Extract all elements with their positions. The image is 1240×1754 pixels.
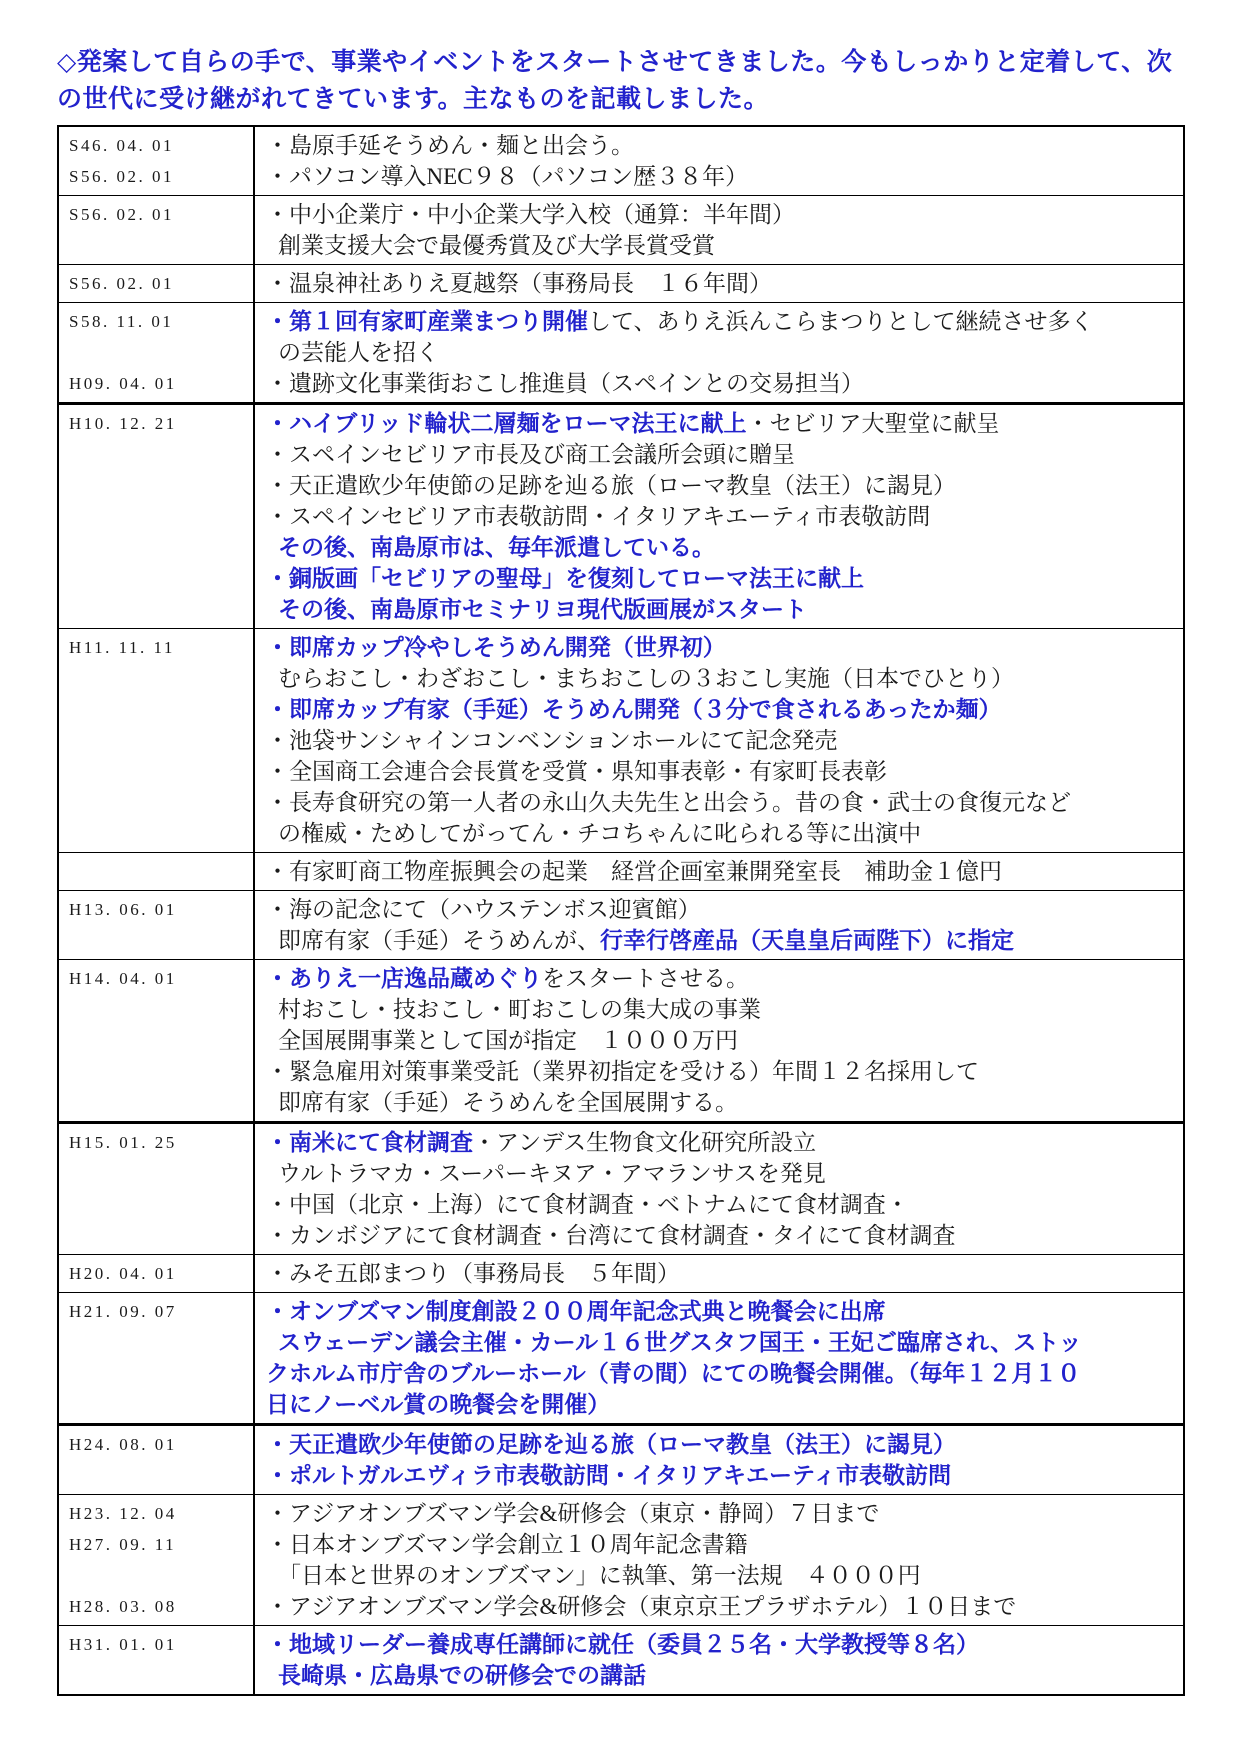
event-text-segment: ・池袋サンシャインコンベンションホールにて記念発売: [266, 728, 837, 753]
event-text-segment: 即席有家（手延）そうめんを全国展開する。: [278, 1090, 738, 1115]
date-label: [69, 337, 249, 368]
table-row: ・有家町商工物産振興会の起業 経営企画室兼開発室長 補助金１億円: [59, 852, 1183, 890]
event-line: ・温泉神社ありえ夏越祭（事務局長 １６年間）: [266, 268, 1177, 299]
event-line: ・銅版画「セビリアの聖母」を復刻してローマ法王に献上: [266, 563, 1177, 594]
event-text-segment: スウェーデン議会主催・カール１６世グスタフ国王・王妃ご臨席され、ストッ: [278, 1329, 1082, 1355]
date-label: H28. 03. 08: [69, 1591, 249, 1622]
event-line: の権威・ためしてがってん・チコちゃんに叱られる等に出演中: [266, 818, 1177, 849]
event-cell: ・アジアオンブズマン学会&研修会（東京・静岡）７日まで・日本オンブズマン学会創立…: [255, 1495, 1183, 1625]
document-page: ◇発案して自らの手で、事業やイベントをスタートさせてきました。今もしっかりと定着…: [0, 0, 1240, 1696]
date-cell: S58. 11. 01 H09. 04. 01: [59, 303, 255, 402]
event-line: ・海の記念にて（ハウステンボス迎賓館）: [266, 894, 1177, 925]
event-text-segment: ・セビリア大聖堂に献呈: [746, 411, 999, 436]
table-row: H21. 09. 07・オンブズマン制度創設２００周年記念式典と晩餐会に出席スウ…: [59, 1292, 1183, 1423]
event-text-segment: むらおこし・わざおこし・まちおこしの３おこし実施（日本でひとり）: [278, 666, 1014, 691]
date-cell: H21. 09. 07: [59, 1293, 255, 1423]
event-line: 即席有家（手延）そうめんを全国展開する。: [266, 1087, 1177, 1118]
date-cell: S46. 04. 01S56. 02. 01: [59, 127, 255, 195]
table-row: H11. 11. 11・即席カップ冷やしそうめん開発（世界初）むらおこし・わざお…: [59, 628, 1183, 852]
event-text-segment: ・ハイブリッド輪状二層麺をローマ法王に献上: [266, 410, 746, 436]
event-text-segment: ・長寿食研究の第一人者の永山久夫先生と出会う。昔の食・武士の食復元など: [266, 790, 1071, 815]
event-line: ・池袋サンシャインコンベンションホールにて記念発売: [266, 725, 1177, 756]
event-text-segment: ・アンデス生物食文化研究所設立: [473, 1130, 816, 1155]
date-cell: H11. 11. 11: [59, 629, 255, 852]
event-line: ・南米にて食材調査・アンデス生物食文化研究所設立: [266, 1127, 1177, 1158]
event-line: その後、南島原市は、毎年派遣している。: [266, 532, 1177, 563]
date-label: H27. 09. 11: [69, 1529, 249, 1560]
event-cell: ・海の記念にて（ハウステンボス迎賓館）即席有家（手延）そうめんが、行幸行啓産品（…: [255, 891, 1183, 959]
event-line: 日にノーベル賞の晩餐会を開催）: [266, 1389, 1177, 1420]
event-line: ・中小企業庁・中小企業大学入校（通算：半年間）: [266, 199, 1177, 230]
event-text-segment: ・島原手延そうめん・麺と出会う。: [266, 133, 634, 158]
event-text-segment: ・全国商工会連合会長賞を受賞・県知事表彰・有家町長表彰: [266, 759, 887, 784]
date-label: H15. 01. 25: [69, 1127, 249, 1158]
table-row: H24. 08. 01・天正遣欧少年使節の足跡を辿る旅（ローマ教皇（法王）に謁見…: [59, 1423, 1183, 1494]
event-line: 長崎県・広島県での研修会での講話: [266, 1660, 1177, 1691]
date-cell: S56. 02. 01: [59, 265, 255, 302]
event-line: ウルトラマカ・スーパーキヌア・アマランサスを発見: [266, 1158, 1177, 1189]
event-line: ・島原手延そうめん・麺と出会う。: [266, 130, 1177, 161]
date-cell: H23. 12. 04H27. 09. 11 H28. 03. 08: [59, 1495, 255, 1625]
event-cell: ・南米にて食材調査・アンデス生物食文化研究所設立ウルトラマカ・スーパーキヌア・ア…: [255, 1124, 1183, 1254]
event-cell: ・天正遣欧少年使節の足跡を辿る旅（ローマ教皇（法王）に謁見）・ポルトガルエヴィラ…: [255, 1426, 1183, 1494]
event-text-segment: ・スペインセビリア市表敬訪問・イタリアキエーティ市表敬訪問: [266, 504, 930, 529]
event-text-segment: 創業支援大会で最優秀賞及び大学長賞受賞: [278, 233, 715, 258]
event-line: ・中国（北京・上海）にて食材調査・ベトナムにて食材調査・: [266, 1189, 1177, 1220]
table-row: H13. 06. 01・海の記念にて（ハウステンボス迎賓館）即席有家（手延）そう…: [59, 890, 1183, 959]
date-label: H21. 09. 07: [69, 1296, 249, 1327]
event-line: ・遺跡文化事業街おこし推進員（スペインとの交易担当）: [266, 368, 1177, 399]
date-cell: H10. 12. 21: [59, 405, 255, 628]
table-row: S46. 04. 01S56. 02. 01・島原手延そうめん・麺と出会う。・パ…: [59, 127, 1183, 195]
event-cell: ・オンブズマン制度創設２００周年記念式典と晩餐会に出席スウェーデン議会主催・カー…: [255, 1293, 1183, 1423]
event-text-segment: ・即席カップ冷やしそうめん開発（世界初）: [266, 634, 726, 660]
event-cell: ・ハイブリッド輪状二層麺をローマ法王に献上・セビリア大聖堂に献呈・スペインセビリ…: [255, 405, 1183, 628]
event-cell: ・ありえ一店逸品蔵めぐりをスタートさせる。村おこし・技おこし・町おこしの集大成の…: [255, 960, 1183, 1121]
event-line: ・ありえ一店逸品蔵めぐりをスタートさせる。: [266, 963, 1177, 994]
table-row: H15. 01. 25・南米にて食材調査・アンデス生物食文化研究所設立ウルトラマ…: [59, 1121, 1183, 1254]
event-line: ・天正遣欧少年使節の足跡を辿る旅（ローマ教皇（法王）に謁見）: [266, 1429, 1177, 1460]
event-cell: ・島原手延そうめん・麺と出会う。・パソコン導入NEC９８（パソコン歴３８年）: [255, 127, 1183, 195]
date-label: S46. 04. 01: [69, 130, 249, 161]
event-text-segment: ・温泉神社ありえ夏越祭（事務局長 １６年間）: [266, 271, 772, 296]
event-text-segment: ・銅版画「セビリアの聖母」を復刻してローマ法王に献上: [266, 565, 864, 591]
timeline-table: S46. 04. 01S56. 02. 01・島原手延そうめん・麺と出会う。・パ…: [57, 125, 1185, 1696]
event-line: ・有家町商工物産振興会の起業 経営企画室兼開発室長 補助金１億円: [266, 856, 1177, 887]
event-text-segment: ・有家町商工物産振興会の起業 経営企画室兼開発室長 補助金１億円: [266, 859, 1002, 884]
event-cell: ・みそ五郎まつり（事務局長 ５年間）: [255, 1255, 1183, 1292]
event-line: 村おこし・技おこし・町おこしの集大成の事業: [266, 994, 1177, 1025]
date-cell: [59, 853, 255, 890]
event-text-segment: ・スペインセビリア市長及び商工会議所会頭に贈呈: [266, 442, 795, 467]
date-label: [69, 856, 249, 887]
intro-text: ◇発案して自らの手で、事業やイベントをスタートさせてきました。今もしっかりと定着…: [57, 44, 1185, 118]
event-text-segment: ・アジアオンブズマン学会&研修会（東京京王プラザホテル）１０日まで: [266, 1594, 1016, 1619]
event-line: 全国展開事業として国が指定 １０００万円: [266, 1025, 1177, 1056]
event-text-segment: ・南米にて食材調査: [266, 1129, 473, 1155]
event-line: 創業支援大会で最優秀賞及び大学長賞受賞: [266, 230, 1177, 261]
event-line: ・天正遣欧少年使節の足跡を辿る旅（ローマ教皇（法王）に謁見）: [266, 470, 1177, 501]
event-text-segment: クホルム市庁舎のブルーホール（青の間）にての晩餐会開催。（毎年１２月１０: [266, 1360, 1080, 1386]
event-text-segment: の芸能人を招く: [278, 340, 439, 365]
event-line: の芸能人を招く: [266, 337, 1177, 368]
event-text-segment: ウルトラマカ・スーパーキヌア・アマランサスを発見: [278, 1161, 826, 1186]
event-line: ・みそ五郎まつり（事務局長 ５年間）: [266, 1258, 1177, 1289]
date-cell: H15. 01. 25: [59, 1124, 255, 1254]
date-label: S56. 02. 01: [69, 199, 249, 230]
table-row: H14. 04. 01・ありえ一店逸品蔵めぐりをスタートさせる。村おこし・技おこ…: [59, 959, 1183, 1121]
event-text-segment: 行幸行啓産品（天皇皇后両陛下）に指定: [600, 927, 1014, 953]
date-cell: H13. 06. 01: [59, 891, 255, 959]
date-label: [69, 1560, 249, 1591]
date-label: H09. 04. 01: [69, 368, 249, 399]
event-text-segment: ・遺跡文化事業街おこし推進員（スペインとの交易担当）: [266, 371, 864, 396]
event-line: ・即席カップ有家（手延）そうめん開発（３分で食されるあったか麺）: [266, 694, 1177, 725]
event-line: スウェーデン議会主催・カール１６世グスタフ国王・王妃ご臨席され、ストッ: [266, 1327, 1177, 1358]
event-text-segment: ・地域リーダー養成専任講師に就任（委員２５名・大学教授等８名）: [266, 1631, 979, 1657]
event-cell: ・第１回有家町産業まつり開催して、ありえ浜んこらまつりとして継続させ多くの芸能人…: [255, 303, 1183, 402]
event-line: ・即席カップ冷やしそうめん開発（世界初）: [266, 632, 1177, 663]
event-cell: ・即席カップ冷やしそうめん開発（世界初）むらおこし・わざおこし・まちおこしの３お…: [255, 629, 1183, 852]
event-text-segment: して、ありえ浜んこらまつりとして継続させ多く: [588, 309, 1094, 334]
event-line: 「日本と世界のオンブズマン」に執筆、第一法規 ４０００円: [266, 1560, 1177, 1591]
event-text-segment: ・海の記念にて（ハウステンボス迎賓館）: [266, 897, 701, 922]
event-text-segment: 全国展開事業として国が指定 １０００万円: [278, 1028, 738, 1053]
event-line: ・アジアオンブズマン学会&研修会（東京・静岡）７日まで: [266, 1498, 1177, 1529]
event-line: その後、南島原市セミナリヨ現代版画展がスタート: [266, 594, 1177, 625]
event-line: ・カンボジアにて食材調査・台湾にて食材調査・タイにて食材調査: [266, 1220, 1177, 1251]
event-cell: ・温泉神社ありえ夏越祭（事務局長 １６年間）: [255, 265, 1183, 302]
event-text-segment: ・日本オンブズマン学会創立１０周年記念書籍: [266, 1532, 748, 1557]
event-text-segment: ・中小企業庁・中小企業大学入校（通算：半年間）: [266, 202, 795, 227]
event-line: ・緊急雇用対策事業受託（業界初指定を受ける）年間１２名採用して: [266, 1056, 1177, 1087]
event-text-segment: ・ありえ一店逸品蔵めぐり: [266, 965, 542, 991]
event-text-segment: 「日本と世界のオンブズマン」に執筆、第一法規 ４０００円: [278, 1563, 921, 1588]
event-text-segment: その後、南島原市は、毎年派遣している。: [278, 534, 715, 560]
event-line: ・長寿食研究の第一人者の永山久夫先生と出会う。昔の食・武士の食復元など: [266, 787, 1177, 818]
event-line: ・地域リーダー養成専任講師に就任（委員２５名・大学教授等８名）: [266, 1629, 1177, 1660]
event-text-segment: 村おこし・技おこし・町おこしの集大成の事業: [278, 997, 761, 1022]
date-label: S58. 11. 01: [69, 306, 249, 337]
event-line: ・パソコン導入NEC９８（パソコン歴３８年）: [266, 161, 1177, 192]
table-row: S56. 02. 01・中小企業庁・中小企業大学入校（通算：半年間）創業支援大会…: [59, 195, 1183, 264]
table-row: H10. 12. 21・ハイブリッド輪状二層麺をローマ法王に献上・セビリア大聖堂…: [59, 402, 1183, 628]
event-line: ・オンブズマン制度創設２００周年記念式典と晩餐会に出席: [266, 1296, 1177, 1327]
event-line: ・スペインセビリア市表敬訪問・イタリアキエーティ市表敬訪問: [266, 501, 1177, 532]
event-text-segment: ・オンブズマン制度創設２００周年記念式典と晩餐会に出席: [266, 1298, 886, 1324]
date-label: H20. 04. 01: [69, 1258, 249, 1289]
date-label: H24. 08. 01: [69, 1429, 249, 1460]
event-text-segment: ・緊急雇用対策事業受託（業界初指定を受ける）年間１２名採用して: [266, 1059, 979, 1084]
table-row: H20. 04. 01・みそ五郎まつり（事務局長 ５年間）: [59, 1254, 1183, 1292]
date-cell: H14. 04. 01: [59, 960, 255, 1121]
event-line: ・日本オンブズマン学会創立１０周年記念書籍: [266, 1529, 1177, 1560]
event-text-segment: ・即席カップ有家（手延）そうめん開発（３分で食されるあったか麺）: [266, 696, 1002, 722]
event-line: クホルム市庁舎のブルーホール（青の間）にての晩餐会開催。（毎年１２月１０: [266, 1358, 1177, 1389]
event-text-segment: ・アジアオンブズマン学会&研修会（東京・静岡）７日まで: [266, 1501, 879, 1526]
event-text-segment: の権威・ためしてがってん・チコちゃんに叱られる等に出演中: [278, 821, 921, 846]
event-line: ・全国商工会連合会長賞を受賞・県知事表彰・有家町長表彰: [266, 756, 1177, 787]
event-cell: ・地域リーダー養成専任講師に就任（委員２５名・大学教授等８名）長崎県・広島県での…: [255, 1626, 1183, 1694]
event-line: ・ハイブリッド輪状二層麺をローマ法王に献上・セビリア大聖堂に献呈: [266, 408, 1177, 439]
date-cell: H24. 08. 01: [59, 1426, 255, 1494]
event-line: 即席有家（手延）そうめんが、行幸行啓産品（天皇皇后両陛下）に指定: [266, 925, 1177, 956]
event-text-segment: ・みそ五郎まつり（事務局長 ５年間）: [266, 1261, 680, 1286]
event-text-segment: をスタートさせる。: [542, 966, 749, 991]
event-text-segment: ・第１回有家町産業まつり開催: [266, 308, 588, 334]
event-text-segment: ・パソコン導入NEC９８（パソコン歴３８年）: [266, 164, 748, 189]
event-text-segment: 即席有家（手延）そうめんが、: [278, 928, 600, 953]
date-cell: S56. 02. 01: [59, 196, 255, 264]
date-label: H31. 01. 01: [69, 1629, 249, 1660]
date-label: H14. 04. 01: [69, 963, 249, 994]
date-label: H23. 12. 04: [69, 1498, 249, 1529]
event-text-segment: 長崎県・広島県での研修会での講話: [278, 1662, 646, 1688]
event-line: ・スペインセビリア市長及び商工会議所会頭に贈呈: [266, 439, 1177, 470]
date-cell: H20. 04. 01: [59, 1255, 255, 1292]
event-cell: ・有家町商工物産振興会の起業 経営企画室兼開発室長 補助金１億円: [255, 853, 1183, 890]
event-line: むらおこし・わざおこし・まちおこしの３おこし実施（日本でひとり）: [266, 663, 1177, 694]
table-row: H31. 01. 01・地域リーダー養成専任講師に就任（委員２５名・大学教授等８…: [59, 1625, 1183, 1694]
event-line: ・アジアオンブズマン学会&研修会（東京京王プラザホテル）１０日まで: [266, 1591, 1177, 1622]
event-cell: ・中小企業庁・中小企業大学入校（通算：半年間）創業支援大会で最優秀賞及び大学長賞…: [255, 196, 1183, 264]
date-label: H13. 06. 01: [69, 894, 249, 925]
table-row: S58. 11. 01 H09. 04. 01・第１回有家町産業まつり開催して、…: [59, 302, 1183, 402]
event-text-segment: その後、南島原市セミナリヨ現代版画展がスタート: [278, 596, 807, 622]
event-text-segment: ・中国（北京・上海）にて食材調査・ベトナムにて食材調査・: [266, 1192, 909, 1217]
table-row: S56. 02. 01・温泉神社ありえ夏越祭（事務局長 １６年間）: [59, 264, 1183, 302]
date-label: H11. 11. 11: [69, 632, 249, 663]
event-text-segment: ・カンボジアにて食材調査・台湾にて食材調査・タイにて食材調査: [266, 1223, 956, 1248]
event-text-segment: ・天正遣欧少年使節の足跡を辿る旅（ローマ教皇（法王）に謁見）: [266, 473, 956, 498]
event-text-segment: 日にノーベル賞の晩餐会を開催）: [266, 1391, 610, 1417]
event-text-segment: ・天正遣欧少年使節の足跡を辿る旅（ローマ教皇（法王）に謁見）: [266, 1431, 956, 1457]
date-label: S56. 02. 01: [69, 268, 249, 299]
date-label: S56. 02. 01: [69, 161, 249, 192]
table-row: H23. 12. 04H27. 09. 11 H28. 03. 08・アジアオン…: [59, 1494, 1183, 1625]
event-line: ・ポルトガルエヴィラ市表敬訪問・イタリアキエーティ市表敬訪問: [266, 1460, 1177, 1491]
event-text-segment: ・ポルトガルエヴィラ市表敬訪問・イタリアキエーティ市表敬訪問: [266, 1462, 951, 1488]
event-line: ・第１回有家町産業まつり開催して、ありえ浜んこらまつりとして継続させ多く: [266, 306, 1177, 337]
date-cell: H31. 01. 01: [59, 1626, 255, 1694]
date-label: H10. 12. 21: [69, 408, 249, 439]
